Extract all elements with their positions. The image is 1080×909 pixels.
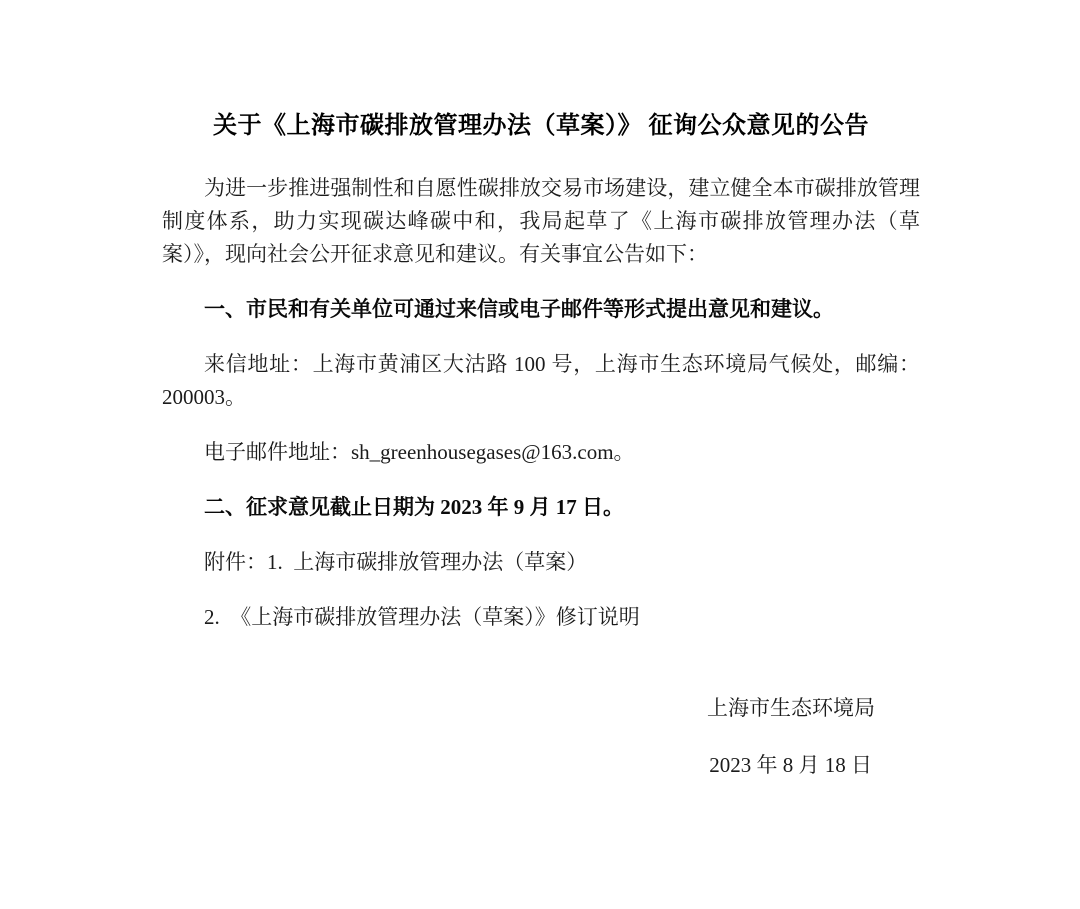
document-title: 关于《上海市碳排放管理办法（草案）》 征询公众意见的公告 [162,108,920,144]
mail-address-paragraph: 来信地址：上海市黄浦区大沽路 100 号，上海市生态环境局气候处，邮编：2000… [162,348,920,414]
section-2-heading: 二、征求意见截止日期为 2023 年 9 月 17 日。 [162,491,920,524]
announcement-document: 关于《上海市碳排放管理办法（草案）》 征询公众意见的公告 为进一步推进强制性和自… [162,0,920,782]
intro-paragraph: 为进一步推进强制性和自愿性碳排放交易市场建设，建立健全本市碳排放管理制度体系，助… [162,172,920,271]
email-address-paragraph: 电子邮件地址：sh_greenhousegases@163.com。 [162,436,920,469]
issue-date: 2023 年 8 月 18 日 [162,749,920,782]
attachment-item-2: 2. 《上海市碳排放管理办法（草案）》修订说明 [162,601,920,634]
attachment-item-1: 附件：1. 上海市碳排放管理办法（草案） [162,546,920,579]
issuer-signature: 上海市生态环境局 [162,692,920,725]
section-1-heading: 一、市民和有关单位可通过来信或电子邮件等形式提出意见和建议。 [162,293,920,326]
